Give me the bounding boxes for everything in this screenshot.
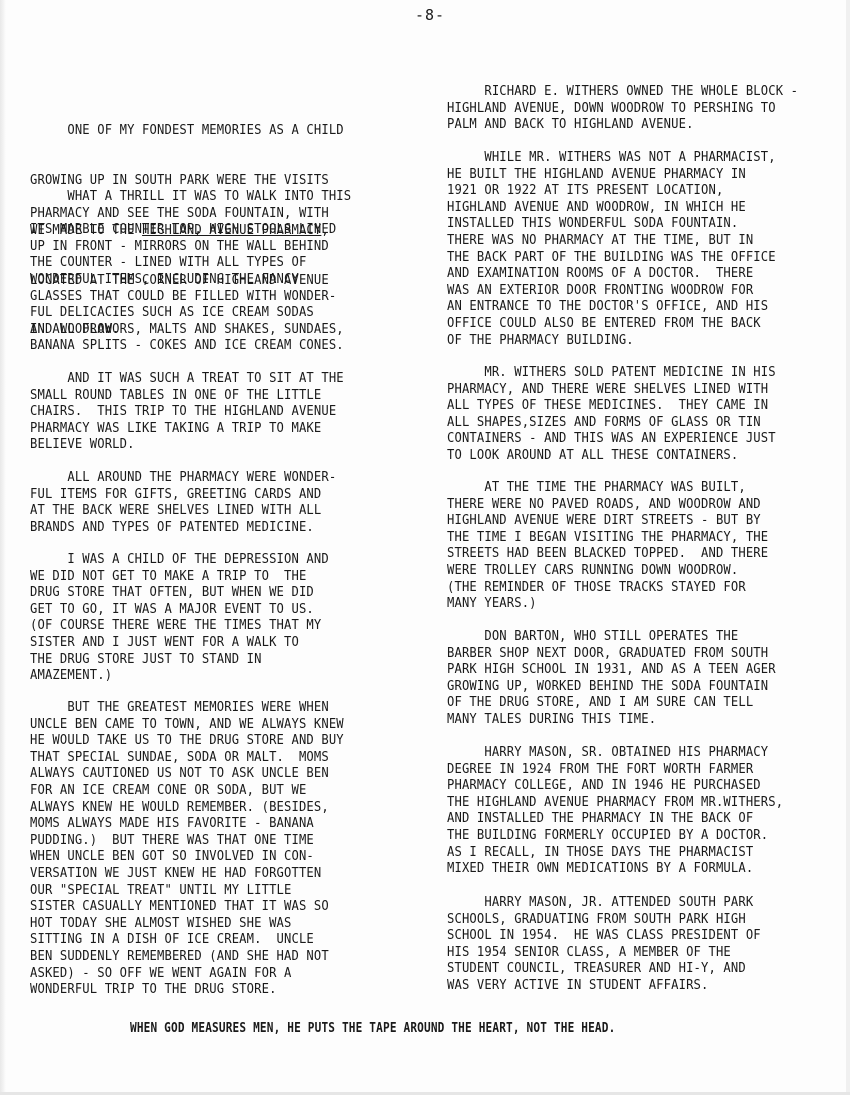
text-line: HIGHLAND AVENUE AND WOODROW, IN WHICH HE bbox=[447, 200, 776, 217]
text-line: SITTING IN A DISH OF ICE CREAM. UNCLE bbox=[30, 932, 344, 949]
text-line: THE COUNTER - LINED WITH ALL TYPES OF bbox=[30, 255, 351, 272]
document-page: -8- ONE OF MY FONDEST MEMORIES AS A CHIL… bbox=[0, 0, 850, 1095]
text-line: GET TO GO, IT WAS A MAJOR EVENT TO US. bbox=[30, 602, 329, 619]
text-line: ALL TYPES OF THESE MEDICINES. THEY CAME … bbox=[447, 398, 776, 415]
scan-edge-left bbox=[0, 0, 6, 1095]
text-line: CONTAINERS - AND THIS WAS AN EXPERIENCE … bbox=[447, 431, 776, 448]
text-line: WE DID NOT GET TO MAKE A TRIP TO THE bbox=[30, 569, 329, 586]
text-line: WAS AN EXTERIOR DOOR FRONTING WOODROW FO… bbox=[447, 283, 776, 300]
text-line: FUL ITEMS FOR GIFTS, GREETING CARDS AND bbox=[30, 487, 336, 504]
text-line: RICHARD E. WITHERS OWNED THE WHOLE BLOCK… bbox=[447, 84, 798, 101]
text-line: OF THE DRUG STORE, AND I AM SURE CAN TEL… bbox=[447, 695, 776, 712]
text-line: WHILE MR. WITHERS WAS NOT A PHARMACIST, bbox=[447, 150, 776, 167]
paragraph-soda-fountain: WHAT A THRILL IT WAS TO WALK INTO THISPH… bbox=[30, 189, 351, 355]
text-line: PHARMACY WAS LIKE TAKING A TRIP TO MAKE bbox=[30, 421, 344, 438]
text-line: 1921 OR 1922 AT ITS PRESENT LOCATION, bbox=[447, 183, 776, 200]
text-line: MIXED THEIR OWN MEDICATIONS BY A FORMULA… bbox=[447, 861, 783, 878]
text-line: IN ALL FLAVORS, MALTS AND SHAKES, SUNDAE… bbox=[30, 322, 351, 339]
text-line: AT THE BACK WERE SHELVES LINED WITH ALL bbox=[30, 503, 336, 520]
text-line: PUDDING.) BUT THERE WAS THAT ONE TIME bbox=[30, 833, 344, 850]
text-line: GROWING UP, WORKED BEHIND THE SODA FOUNT… bbox=[447, 679, 776, 696]
page-number: -8- bbox=[405, 6, 455, 24]
text-line: ALL AROUND THE PHARMACY WERE WONDER- bbox=[30, 470, 336, 487]
text-line: I WAS A CHILD OF THE DEPRESSION AND bbox=[30, 552, 329, 569]
text-line: THE HIGHLAND AVENUE PHARMACY FROM MR.WIT… bbox=[447, 795, 783, 812]
text-line: FOR AN ICE CREAM CONE OR SODA, BUT WE bbox=[30, 783, 344, 800]
text-line: HOT TODAY SHE ALMOST WISHED SHE WAS bbox=[30, 916, 344, 933]
text-line: SMALL ROUND TABLES IN ONE OF THE LITTLE bbox=[30, 388, 344, 405]
text-line: DRUG STORE THAT OFTEN, BUT WHEN WE DID bbox=[30, 585, 329, 602]
scan-edge-right bbox=[846, 0, 850, 1095]
text-line: MR. WITHERS SOLD PATENT MEDICINE IN HIS bbox=[447, 365, 776, 382]
text-line: CHAIRS. THIS TRIP TO THE HIGHLAND AVENUE bbox=[30, 404, 344, 421]
text-line: INSTALLED THIS WONDERFUL SODA FOUNTAIN. bbox=[447, 216, 776, 233]
text-line: THE BUILDING FORMERLY OCCUPIED BY A DOCT… bbox=[447, 828, 783, 845]
text-line: AND INSTALLED THE PHARMACY IN THE BACK O… bbox=[447, 811, 783, 828]
text-line: SCHOOL IN 1954. HE WAS CLASS PRESIDENT O… bbox=[447, 928, 761, 945]
text-line: DEGREE IN 1924 FROM THE FORT WORTH FARME… bbox=[447, 762, 783, 779]
text-line: ASKED) - SO OFF WE WENT AGAIN FOR A bbox=[30, 966, 344, 983]
paragraph-harry-mason-jr: HARRY MASON, JR. ATTENDED SOUTH PARKSCHO… bbox=[447, 895, 761, 995]
text-line: BARBER SHOP NEXT DOOR, GRADUATED FROM SO… bbox=[447, 646, 776, 663]
text-line: MANY TALES DURING THIS TIME. bbox=[447, 712, 776, 729]
text-line: BANANA SPLITS - COKES AND ICE CREAM CONE… bbox=[30, 338, 351, 355]
text-line: AND EXAMINATION ROOMS OF A DOCTOR. THERE bbox=[447, 266, 776, 283]
paragraph-built-pharmacy: WHILE MR. WITHERS WAS NOT A PHARMACIST,H… bbox=[447, 150, 776, 349]
text-line: AS I RECALL, IN THOSE DAYS THE PHARMACIS… bbox=[447, 845, 783, 862]
paragraph-depression: I WAS A CHILD OF THE DEPRESSION ANDWE DI… bbox=[30, 552, 329, 685]
text-line: WAS VERY ACTIVE IN STUDENT AFFAIRS. bbox=[447, 978, 761, 995]
text-line: MANY YEARS.) bbox=[447, 596, 768, 613]
text-line: SISTER AND I JUST WENT FOR A WALK TO bbox=[30, 635, 329, 652]
paragraph-roads: AT THE TIME THE PHARMACY WAS BUILT,THERE… bbox=[447, 480, 768, 613]
text-line: AMAZEMENT.) bbox=[30, 668, 329, 685]
text-line: THERE WERE NO PAVED ROADS, AND WOODROW A… bbox=[447, 497, 768, 514]
text-line: AN ENTRANCE TO THE DOCTOR'S OFFICE, AND … bbox=[447, 299, 776, 316]
text-line: BUT THE GREATEST MEMORIES WERE WHEN bbox=[30, 700, 344, 717]
text-line: PARK HIGH SCHOOL IN 1931, AND AS A TEEN … bbox=[447, 662, 776, 679]
text-line: ITS MARBLE COUNTER TOP, HIGH STOOLS LINE… bbox=[30, 222, 351, 239]
text-line: FUL DELICACIES SUCH AS ICE CREAM SODAS bbox=[30, 305, 351, 322]
text-line: OF THE PHARMACY BUILDING. bbox=[447, 333, 776, 350]
text-line: THE DRUG STORE JUST TO STAND IN bbox=[30, 652, 329, 669]
text-line: ONE OF MY FONDEST MEMORIES AS A CHILD bbox=[30, 123, 344, 140]
text-line: THE BACK PART OF THE BUILDING WAS THE OF… bbox=[447, 250, 776, 267]
text-line: HIGHLAND AVENUE WERE DIRT STREETS - BUT … bbox=[447, 513, 768, 530]
text-line: TO LOOK AROUND AT ALL THESE CONTAINERS. bbox=[447, 448, 776, 465]
text-line: WHEN UNCLE BEN GOT SO INVOLVED IN CON- bbox=[30, 849, 344, 866]
text-line: MOMS ALWAYS MADE HIS FAVORITE - BANANA bbox=[30, 816, 344, 833]
text-line: UP IN FRONT - MIRRORS ON THE WALL BEHIND bbox=[30, 239, 351, 256]
text-line: DON BARTON, WHO STILL OPERATES THE bbox=[447, 629, 776, 646]
text-line: STREETS HAD BEEN BLACKED TOPPED. AND THE… bbox=[447, 546, 768, 563]
text-line: THE TIME I BEGAN VISITING THE PHARMACY, … bbox=[447, 530, 768, 547]
text-line: ALL SHAPES,SIZES AND FORMS OF GLASS OR T… bbox=[447, 415, 776, 432]
text-line: HARRY MASON, SR. OBTAINED HIS PHARMACY bbox=[447, 745, 783, 762]
text-line: SCHOOLS, GRADUATING FROM SOUTH PARK HIGH bbox=[447, 912, 761, 929]
text-line: OUR "SPECIAL TREAT" UNTIL MY LITTLE bbox=[30, 883, 344, 900]
text-line: THAT SPECIAL SUNDAE, SODA OR MALT. MOMS bbox=[30, 750, 344, 767]
text-line: ALWAYS KNEW HE WOULD REMEMBER. (BESIDES, bbox=[30, 800, 344, 817]
text-line: HIGHLAND AVENUE, DOWN WOODROW TO PERSHIN… bbox=[447, 101, 798, 118]
paragraph-patent-medicine: MR. WITHERS SOLD PATENT MEDICINE IN HISP… bbox=[447, 365, 776, 465]
text-line: HARRY MASON, JR. ATTENDED SOUTH PARK bbox=[447, 895, 761, 912]
text-line: PHARMACY, AND THERE WERE SHELVES LINED W… bbox=[447, 382, 776, 399]
paragraph-harry-mason-sr: HARRY MASON, SR. OBTAINED HIS PHARMACYDE… bbox=[447, 745, 783, 878]
text-line: BELIEVE WORLD. bbox=[30, 437, 344, 454]
paragraph-uncle-ben: BUT THE GREATEST MEMORIES WERE WHENUNCLE… bbox=[30, 700, 344, 999]
text-line: UNCLE BEN CAME TO TOWN, AND WE ALWAYS KN… bbox=[30, 717, 344, 734]
text-line: BRANDS AND TYPES OF PATENTED MEDICINE. bbox=[30, 520, 336, 537]
text-line: WERE TROLLEY CARS RUNNING DOWN WOODROW. bbox=[447, 563, 768, 580]
text-line: PHARMACY AND SEE THE SODA FOUNTAIN, WITH bbox=[30, 206, 351, 223]
text-line: VERSATION WE JUST KNEW HE HAD FORGOTTEN bbox=[30, 866, 344, 883]
text-line: BEN SUDDENLY REMEMBERED (AND SHE HAD NOT bbox=[30, 949, 344, 966]
text-line: HE WOULD TAKE US TO THE DRUG STORE AND B… bbox=[30, 733, 344, 750]
text-line: (OF COURSE THERE WERE THE TIMES THAT MY bbox=[30, 618, 329, 635]
paragraph-treat-tables: AND IT WAS SUCH A TREAT TO SIT AT THESMA… bbox=[30, 371, 344, 454]
text-line: STUDENT COUNCIL, TREASURER AND HI-Y, AND bbox=[447, 961, 761, 978]
text-line: AND IT WAS SUCH A TREAT TO SIT AT THE bbox=[30, 371, 344, 388]
text-line: OFFICE COULD ALSO BE ENTERED FROM THE BA… bbox=[447, 316, 776, 333]
text-line: (THE REMINDER OF THOSE TRACKS STAYED FOR bbox=[447, 580, 768, 597]
text-line: HE BUILT THE HIGHLAND AVENUE PHARMACY IN bbox=[447, 167, 776, 184]
text-line: HIS 1954 SENIOR CLASS, A MEMBER OF THE bbox=[447, 945, 761, 962]
text-line: GLASSES THAT COULD BE FILLED WITH WONDER… bbox=[30, 289, 351, 306]
text-line: PHARMACY COLLEGE, AND IN 1946 HE PURCHAS… bbox=[447, 778, 783, 795]
text-line: PALM AND BACK TO HIGHLAND AVENUE. bbox=[447, 117, 798, 134]
text-line: SISTER CASUALLY MENTIONED THAT IT WAS SO bbox=[30, 899, 344, 916]
paragraph-withers-block: RICHARD E. WITHERS OWNED THE WHOLE BLOCK… bbox=[447, 84, 798, 134]
text-line: GROWING UP IN SOUTH PARK WERE THE VISITS bbox=[30, 173, 344, 190]
text-line: WONDERFUL TRIP TO THE DRUG STORE. bbox=[30, 982, 344, 999]
text-line: WONDERFUL ITEMS, INCLUDING THE FANCY bbox=[30, 272, 351, 289]
text-line: AT THE TIME THE PHARMACY WAS BUILT, bbox=[447, 480, 768, 497]
text-line: THERE WAS NO PHARMACY AT THE TIME, BUT I… bbox=[447, 233, 776, 250]
footer-quote: WHEN GOD MEASURES MEN, HE PUTS THE TAPE … bbox=[130, 1021, 615, 1036]
text-line: WHAT A THRILL IT WAS TO WALK INTO THIS bbox=[30, 189, 351, 206]
text-line: ALWAYS CAUTIONED US NOT TO ASK UNCLE BEN bbox=[30, 766, 344, 783]
paragraph-don-barton: DON BARTON, WHO STILL OPERATES THEBARBER… bbox=[447, 629, 776, 729]
paragraph-gifts: ALL AROUND THE PHARMACY WERE WONDER-FUL … bbox=[30, 470, 336, 536]
